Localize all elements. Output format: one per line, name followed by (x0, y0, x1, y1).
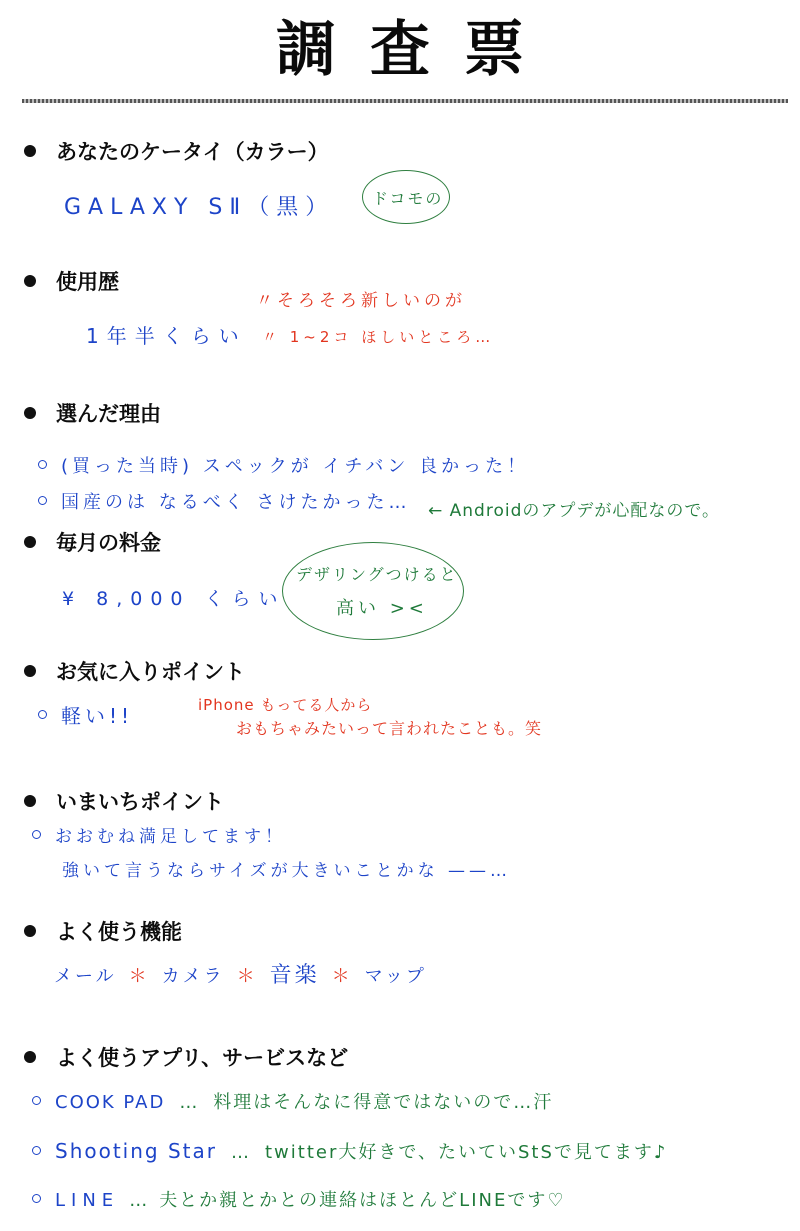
feature-map: マップ (365, 966, 427, 987)
question-features: よく使う機能 (24, 916, 182, 946)
feature-camera: カメラ (162, 966, 225, 987)
question-favorite-point: お気に入りポイント (24, 656, 245, 686)
question-label: いまいちポイント (56, 790, 224, 814)
feature-mail: メール (54, 966, 117, 987)
question-label: お気に入りポイント (56, 660, 245, 684)
question-usage-history: 使用歴 (24, 266, 119, 296)
bullet-icon (24, 407, 36, 419)
bullet-icon (24, 795, 36, 807)
title-divider (22, 99, 788, 103)
bullet-icon (24, 536, 36, 548)
asterisk-icon: ＊ (332, 966, 353, 987)
circle-bullet-icon (38, 460, 47, 469)
favorite-item: 軽い!! (38, 700, 133, 729)
app-item-line: LINE…夫とか親とかとの連絡はほとんどLINEです♡ (32, 1186, 566, 1212)
note-toy: おもちゃみたいって言われたことも。笑 (236, 716, 542, 739)
speech-bubble (282, 542, 464, 640)
question-label: よく使う機能 (56, 920, 182, 944)
question-monthly-fee: 毎月の料金 (24, 527, 161, 557)
app-item-shootingstar: Shooting Star…twitter大好きで、たいていStSで見てます♪ (32, 1138, 667, 1164)
bullet-icon (24, 1051, 36, 1063)
question-reason: 選んだ理由 (24, 398, 161, 428)
feature-music: 音楽 (270, 963, 320, 988)
answer-usage: 1年半くらい (86, 320, 247, 349)
reason-item: 国産のは なるべく さけたかった… (38, 488, 410, 514)
asterisk-icon: ＊ (129, 966, 150, 987)
answer-fee: ¥ 8,000 くらい (62, 584, 286, 611)
question-label: よく使うアプリ、サービスなど (56, 1046, 348, 1070)
question-label: あなたのケータイ（カラー） (56, 140, 329, 164)
bubble-note-docomo: ドコモの (372, 186, 443, 209)
reason-item: (買った当時) スペックが イチバン 良かった！ (38, 452, 529, 478)
app-item-cookpad: COOK PAD…料理はそんなに得意ではないので…汗 (32, 1088, 553, 1114)
question-label: 選んだ理由 (56, 402, 161, 426)
asterisk-icon: ＊ (237, 966, 258, 987)
note-want-new: 〃そろそろ新しいのが (256, 286, 466, 311)
circle-bullet-icon (32, 1096, 41, 1105)
question-label: 毎月の料金 (56, 531, 161, 555)
circle-bullet-icon (32, 1194, 41, 1203)
weak-item: おおむね満足してます！ (32, 822, 286, 847)
question-phone: あなたのケータイ（カラー） (24, 136, 329, 166)
circle-bullet-icon (32, 830, 41, 839)
bullet-icon (24, 665, 36, 677)
answer-phone: GALAXY SⅡ（黒） (64, 190, 334, 221)
features-list: メール＊カメラ＊音楽＊マップ (54, 958, 427, 989)
note-want-1-2: 〃 1~2コ ほしいところ… (262, 326, 494, 347)
bullet-icon (24, 145, 36, 157)
bubble-note-expensive: 高い >< (336, 594, 428, 620)
circle-bullet-icon (38, 710, 47, 719)
circle-bullet-icon (32, 1146, 41, 1155)
circle-bullet-icon (38, 496, 47, 505)
bullet-icon (24, 925, 36, 937)
weak-item-continued: 強いて言うならサイズが大きいことかな ——… (62, 856, 511, 881)
question-weak-point: いまいちポイント (24, 786, 224, 816)
note-android: ← Androidのアプデが心配なので。 (428, 496, 720, 521)
page-title: 調査票 (0, 2, 800, 88)
bullet-icon (24, 275, 36, 287)
question-apps: よく使うアプリ、サービスなど (24, 1042, 348, 1072)
question-label: 使用歴 (56, 270, 119, 294)
bubble-note-tethering: デザリングつけると (296, 562, 458, 585)
note-iphone: iPhone もってる人から (198, 694, 372, 715)
